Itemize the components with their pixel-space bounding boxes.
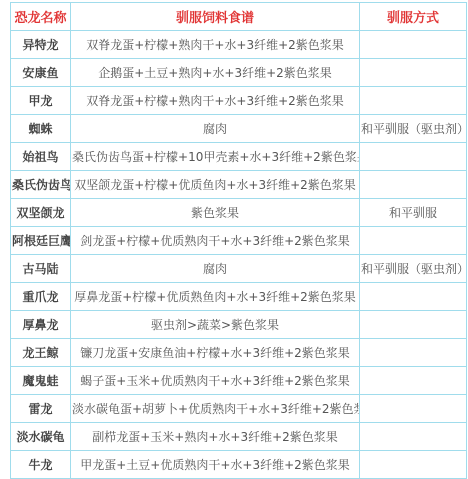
column-header-dino-name: 恐龙名称	[11, 3, 71, 31]
table-row: 桑氏伪齿鸟双坚颌龙蛋+柠檬+优质鱼肉+水+3纤维+2紫色浆果	[11, 171, 467, 199]
dino-name-cell: 牛龙	[11, 451, 71, 479]
taming-method-cell	[360, 143, 467, 171]
recipe-cell: 驱虫剂>蔬菜>紫色浆果	[71, 311, 360, 339]
dino-name-cell: 重爪龙	[11, 283, 71, 311]
taming-method-cell	[360, 367, 467, 395]
dino-name-cell: 淡水碳龟	[11, 423, 71, 451]
taming-method-cell	[360, 311, 467, 339]
dino-name-cell: 龙王鲸	[11, 339, 71, 367]
table-row: 淡水碳龟副栉龙蛋+玉米+熟肉+水+3纤维+2紫色浆果	[11, 423, 467, 451]
table-body: 异特龙双脊龙蛋+柠檬+熟肉干+水+3纤维+2紫色浆果安康鱼企鹅蛋+土豆+熟肉+水…	[11, 31, 467, 479]
taming-method-cell	[360, 171, 467, 199]
taming-method-cell	[360, 31, 467, 59]
taming-method-cell: 和平驯服（驱虫剂）	[360, 255, 467, 283]
table-row: 重爪龙厚鼻龙蛋+柠檬+优质熟鱼肉+水+3纤维+2紫色浆果	[11, 283, 467, 311]
taming-method-cell	[360, 227, 467, 255]
table-row: 异特龙双脊龙蛋+柠檬+熟肉干+水+3纤维+2紫色浆果	[11, 31, 467, 59]
recipe-cell: 紫色浆果	[71, 199, 360, 227]
table-row: 双坚颌龙紫色浆果和平驯服	[11, 199, 467, 227]
dino-name-cell: 双坚颌龙	[11, 199, 71, 227]
recipe-cell: 桑氏伪齿鸟蛋+柠檬+10甲壳素+水+3纤维+2紫色浆果	[71, 143, 360, 171]
table-row: 阿根廷巨鹰剑龙蛋+柠檬+优质熟肉干+水+3纤维+2紫色浆果	[11, 227, 467, 255]
dino-name-cell: 厚鼻龙	[11, 311, 71, 339]
taming-method-cell	[360, 283, 467, 311]
dino-name-cell: 阿根廷巨鹰	[11, 227, 71, 255]
table-row: 龙王鲸镰刀龙蛋+安康鱼油+柠檬+水+3纤维+2紫色浆果	[11, 339, 467, 367]
dino-name-cell: 安康鱼	[11, 59, 71, 87]
recipe-cell: 腐肉	[71, 255, 360, 283]
taming-method-cell	[360, 395, 467, 423]
dino-name-cell: 雷龙	[11, 395, 71, 423]
recipe-cell: 双脊龙蛋+柠檬+熟肉干+水+3纤维+2紫色浆果	[71, 87, 360, 115]
dino-name-cell: 异特龙	[11, 31, 71, 59]
taming-method-cell	[360, 339, 467, 367]
table-row: 蜘蛛腐肉和平驯服（驱虫剂）	[11, 115, 467, 143]
recipe-cell: 剑龙蛋+柠檬+优质熟肉干+水+3纤维+2紫色浆果	[71, 227, 360, 255]
dino-name-cell: 古马陆	[11, 255, 71, 283]
table-row: 厚鼻龙驱虫剂>蔬菜>紫色浆果	[11, 311, 467, 339]
taming-method-cell: 和平驯服	[360, 199, 467, 227]
table-row: 魔鬼蛙蝎子蛋+玉米+优质熟肉干+水+3纤维+2紫色浆果	[11, 367, 467, 395]
table-row: 始祖鸟桑氏伪齿鸟蛋+柠檬+10甲壳素+水+3纤维+2紫色浆果	[11, 143, 467, 171]
recipe-cell: 双脊龙蛋+柠檬+熟肉干+水+3纤维+2紫色浆果	[71, 31, 360, 59]
recipe-cell: 副栉龙蛋+玉米+熟肉+水+3纤维+2紫色浆果	[71, 423, 360, 451]
taming-method-cell	[360, 59, 467, 87]
taming-recipe-table: 恐龙名称 驯服饲料食谱 驯服方式 异特龙双脊龙蛋+柠檬+熟肉干+水+3纤维+2紫…	[10, 2, 467, 479]
column-header-kibble-recipe: 驯服饲料食谱	[71, 3, 360, 31]
dino-name-cell: 蜘蛛	[11, 115, 71, 143]
recipe-cell: 厚鼻龙蛋+柠檬+优质熟鱼肉+水+3纤维+2紫色浆果	[71, 283, 360, 311]
recipe-cell: 蝎子蛋+玉米+优质熟肉干+水+3纤维+2紫色浆果	[71, 367, 360, 395]
recipe-cell: 甲龙蛋+土豆+优质熟肉干+水+3纤维+2紫色浆果	[71, 451, 360, 479]
taming-method-cell	[360, 87, 467, 115]
table-row: 甲龙双脊龙蛋+柠檬+熟肉干+水+3纤维+2紫色浆果	[11, 87, 467, 115]
dino-name-cell: 始祖鸟	[11, 143, 71, 171]
header-row: 恐龙名称 驯服饲料食谱 驯服方式	[11, 3, 467, 31]
recipe-cell: 腐肉	[71, 115, 360, 143]
taming-method-cell	[360, 451, 467, 479]
table-row: 雷龙淡水碳龟蛋+胡萝卜+优质熟肉干+水+3纤维+2紫色浆果	[11, 395, 467, 423]
table-row: 古马陆腐肉和平驯服（驱虫剂）	[11, 255, 467, 283]
recipe-cell: 企鹅蛋+土豆+熟肉+水+3纤维+2紫色浆果	[71, 59, 360, 87]
taming-method-cell	[360, 423, 467, 451]
recipe-cell: 镰刀龙蛋+安康鱼油+柠檬+水+3纤维+2紫色浆果	[71, 339, 360, 367]
dino-name-cell: 魔鬼蛙	[11, 367, 71, 395]
taming-method-cell: 和平驯服（驱虫剂）	[360, 115, 467, 143]
recipe-cell: 淡水碳龟蛋+胡萝卜+优质熟肉干+水+3纤维+2紫色浆果	[71, 395, 360, 423]
table-row: 安康鱼企鹅蛋+土豆+熟肉+水+3纤维+2紫色浆果	[11, 59, 467, 87]
dino-name-cell: 甲龙	[11, 87, 71, 115]
column-header-taming-method: 驯服方式	[360, 3, 467, 31]
dino-name-cell: 桑氏伪齿鸟	[11, 171, 71, 199]
table-row: 牛龙甲龙蛋+土豆+优质熟肉干+水+3纤维+2紫色浆果	[11, 451, 467, 479]
recipe-cell: 双坚颌龙蛋+柠檬+优质鱼肉+水+3纤维+2紫色浆果	[71, 171, 360, 199]
